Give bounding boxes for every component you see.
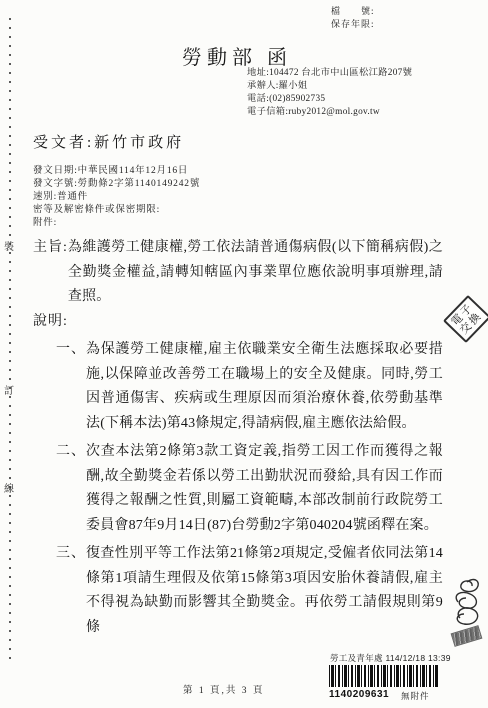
binding-dotted-line	[9, 18, 11, 663]
item-text: 為保護勞工健康權,雇主依職業安全衛生法應採取必要措施,以保障並改善勞工在職場上的…	[86, 338, 443, 436]
department-timestamp: 勞工及青年處 114/12/18 13:39	[330, 652, 451, 664]
issue-date: 發文日期:中華民國114年12月16日	[33, 165, 200, 178]
retention-label: 保存年限:	[331, 18, 375, 31]
doc-number: 發文字號:勞動條2字第1140149242號	[33, 178, 200, 191]
explanation-label: 說明:	[33, 310, 443, 335]
item-number: 一、	[56, 338, 86, 436]
binding-mark-xian: 線	[4, 480, 14, 495]
agency-contact-block: 地址:104472 台北市中山區松江路207號 承辦人:羅小姐 電話:(02)8…	[247, 67, 412, 119]
scanned-official-letter: 裝 訂 線 檔 號: 保存年限: 勞動部 函 地址:104472 台北市中山區松…	[0, 0, 488, 708]
explanation-item-2: 二、 次查本法第2條第3款工資定義,指勞工因工作而獲得之報酬,故全勤獎金若係以勞…	[56, 440, 443, 538]
agency-contact-person: 承辦人:羅小姐	[247, 80, 412, 93]
barcode-number: 1140209631	[329, 689, 389, 700]
electronic-exchange-stamp: 電子 交換	[443, 295, 488, 343]
explanation-item-1: 一、 為保護勞工健康權,雇主依職業安全衛生法應採取必要措施,以保障並改善勞工在職…	[56, 338, 443, 436]
subject-row: 主旨: 為維護勞工健康權,勞工依法請普通傷病假(以下簡稱病假)之全勤獎金權益,請…	[33, 236, 443, 310]
attachment-label: 附件:	[33, 217, 200, 230]
letter-body: 主旨: 為維護勞工健康權,勞工依法請普通傷病假(以下簡稱病假)之全勤獎金權益,請…	[33, 236, 443, 640]
item-number: 二、	[56, 440, 86, 538]
doc-meta-block: 發文日期:中華民國114年12月16日 發文字號:勞動條2字第114014924…	[33, 165, 200, 230]
binding-mark-ding: 訂	[4, 382, 14, 397]
file-number-block: 檔 號: 保存年限:	[331, 5, 375, 31]
barcode	[329, 665, 438, 687]
binding-mark-zhuang: 裝	[4, 238, 14, 253]
document-title: 勞動部 函	[0, 41, 488, 70]
agency-address: 地址:104472 台北市中山區松江路207號	[247, 67, 412, 80]
explanation-item-3: 三、 復查性別平等工作法第21條第2項規定,受僱者依同法第14條第1項請生理假及…	[56, 542, 443, 640]
agency-phone: 電話:(02)85902735	[247, 93, 412, 106]
item-text: 次查本法第2條第3款工資定義,指勞工因工作而獲得之報酬,故全勤獎金若係以勞工出勤…	[86, 440, 443, 538]
speed-class: 速別:普通件	[33, 191, 200, 204]
no-attachment-note: 無附件	[401, 690, 430, 702]
agency-email: 電子信箱:ruby2012@mol.gov.tw	[247, 106, 412, 119]
file-no-label: 檔 號:	[331, 5, 375, 18]
recipient-line: 受文者:新竹市政府	[33, 131, 184, 152]
subject-label: 主旨:	[33, 236, 68, 310]
subject-text: 為維護勞工健康權,勞工依法請普通傷病假(以下簡稱病假)之全勤獎金權益,請轉知轄區…	[68, 236, 443, 310]
explanation-items: 一、 為保護勞工健康權,雇主依職業安全衛生法應採取必要措施,以保障並改善勞工在職…	[56, 338, 443, 640]
handwritten-scribble-mark	[450, 574, 485, 631]
security-class: 密等及解密條件或保密期限:	[33, 204, 200, 217]
page-number: 第 1 頁,共 3 頁	[183, 682, 264, 696]
item-number: 三、	[56, 542, 86, 640]
item-text: 復查性別平等工作法第21條第2項規定,受僱者依同法第14條第1項請生理假及依第1…	[86, 542, 443, 640]
